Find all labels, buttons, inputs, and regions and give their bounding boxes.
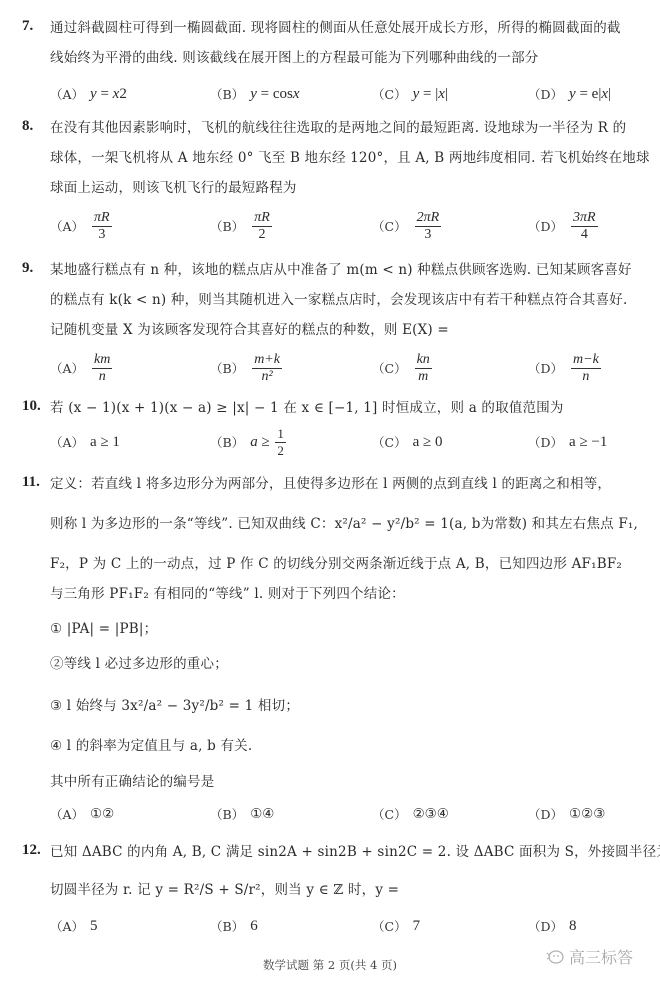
question-prompt: 其中所有正确结论的编号是 [50,772,214,792]
option-d: （D）m−kn [528,350,603,386]
options-row: （A）5 （B）6 （C）7 （D）8 [50,908,650,944]
option-b: （B）a ≥ 12 [210,424,288,460]
options-row: （A）kmn （B）m+kn² （C）knm （D）m−kn [50,350,650,386]
question-text-line: 与三角形 PF₁F₂ 有相同的“等线” l. 则对于下列四个结论： [50,584,405,604]
option-b: （B）①④ [210,796,274,832]
question-text-line: 定义：若直线 l 将多边形分为两部分，且使得多边形在 l 两侧的点到直线 l 的… [50,474,611,494]
question-text-line: 球体，一架飞机将从 A 地东经 0° 飞至 B 地东经 120°，且 A, B … [50,148,650,168]
option-c: （C）y = |x| [372,76,448,112]
question-text-line: 某地盛行糕点有 n 种，该地的糕点店从中准备了 m(m < n) 种糕点供顾客选… [50,260,632,280]
question-text-line: 通过斜截圆柱可得到一椭圆截面. 现将圆柱的侧面从任意处展开成长方形，所得的椭圆截… [50,18,621,38]
option-d: （D）y = e|x| [528,76,611,112]
option-a: （A）a ≥ 1 [50,424,120,460]
question-text-line: 球面上运动，则该飞机飞行的最短路程为 [50,178,297,198]
question-number: 8. [22,118,33,135]
option-d: （D）3πR4 [528,208,600,244]
options-row: （A）a ≥ 1 （B）a ≥ 12 （C）a ≥ 0 （D）a ≥ −1 [50,424,650,460]
option-a: （A）①② [50,796,114,832]
option-d: （D）8 [528,908,577,944]
option-c: （C）2πR3 [372,208,443,244]
question-text-line: 在没有其他因素影响时，飞机的航线往往选取的是两地之间的最短距离. 设地球为一半径… [50,118,626,138]
option-a: （A）5 [50,908,98,944]
options-row: （A）y = x2 （B）y = cosx （C）y = |x| （D）y = … [50,76,650,112]
page-footer: 数学试题 第 2 页(共 4 页) [0,957,660,973]
option-d: （D）①②③ [528,796,605,832]
options-row: （A）①② （B）①④ （C）②③④ （D）①②③ [50,796,650,832]
question-text-line: 切圆半径为 r. 记 y = R²/S + S/r²，则当 y ∈ ℤ 时，y … [50,880,399,900]
options-row: （A）πR3 （B）πR2 （C）2πR3 （D）3πR4 [50,208,650,244]
option-b: （B）m+kn² [210,350,284,386]
option-c: （C）a ≥ 0 [372,424,442,460]
question-number: 9. [22,260,33,277]
option-b: （B）y = cosx [210,76,300,112]
option-b: （B）πR2 [210,208,274,244]
option-c: （C）knm [372,350,434,386]
option-a: （A）πR3 [50,208,114,244]
option-a: （A）kmn [50,350,114,386]
question-number: 11. [22,474,40,491]
question-text-line: 若 (x − 1)(x + 1)(x − a) ≥ |x| − 1 在 x ∈ … [50,398,564,418]
statement-4: ④ l 的斜率为定值且与 a, b 有关. [50,736,252,756]
question-text-line: F₂，P 为 C 上的一动点，过 P 作 C 的切线分别交两条渐近线于点 A, … [50,554,622,574]
question-text-line: 的糕点有 k(k < n) 种，则当其随机进入一家糕点店时，会发现该店中有若干种… [50,290,627,310]
statement-1: ① |PA| = |PB|； [50,619,157,639]
question-text-line: 已知 ΔABC 的内角 A, B, C 满足 sin2A + sin2B + s… [50,842,660,862]
statement-3: ③ l 始终与 3x²/a² − 3y²/b² = 1 相切； [50,696,299,716]
question-number: 10. [22,398,41,415]
question-text-line: 线始终为平滑的曲线. 则该截线在展开图上的方程最可能为下列哪种曲线的一部分 [50,48,538,68]
question-number: 7. [22,18,33,35]
statement-2: ②等线 l 必过多边形的重心； [50,654,228,674]
question-number: 12. [22,842,41,859]
option-d: （D）a ≥ −1 [528,424,607,460]
question-text-line: 则称 l 为多边形的一条“等线”. 已知双曲线 C：x²/a² − y²/b² … [50,514,638,534]
option-c: （C）②③④ [372,796,449,832]
option-b: （B）6 [210,908,258,944]
question-text-line: 记随机变量 X 为该顾客发现符合其喜好的糕点的种数，则 E(X) = [50,320,449,340]
option-c: （C）7 [372,908,420,944]
option-a: （A）y = x2 [50,76,127,112]
